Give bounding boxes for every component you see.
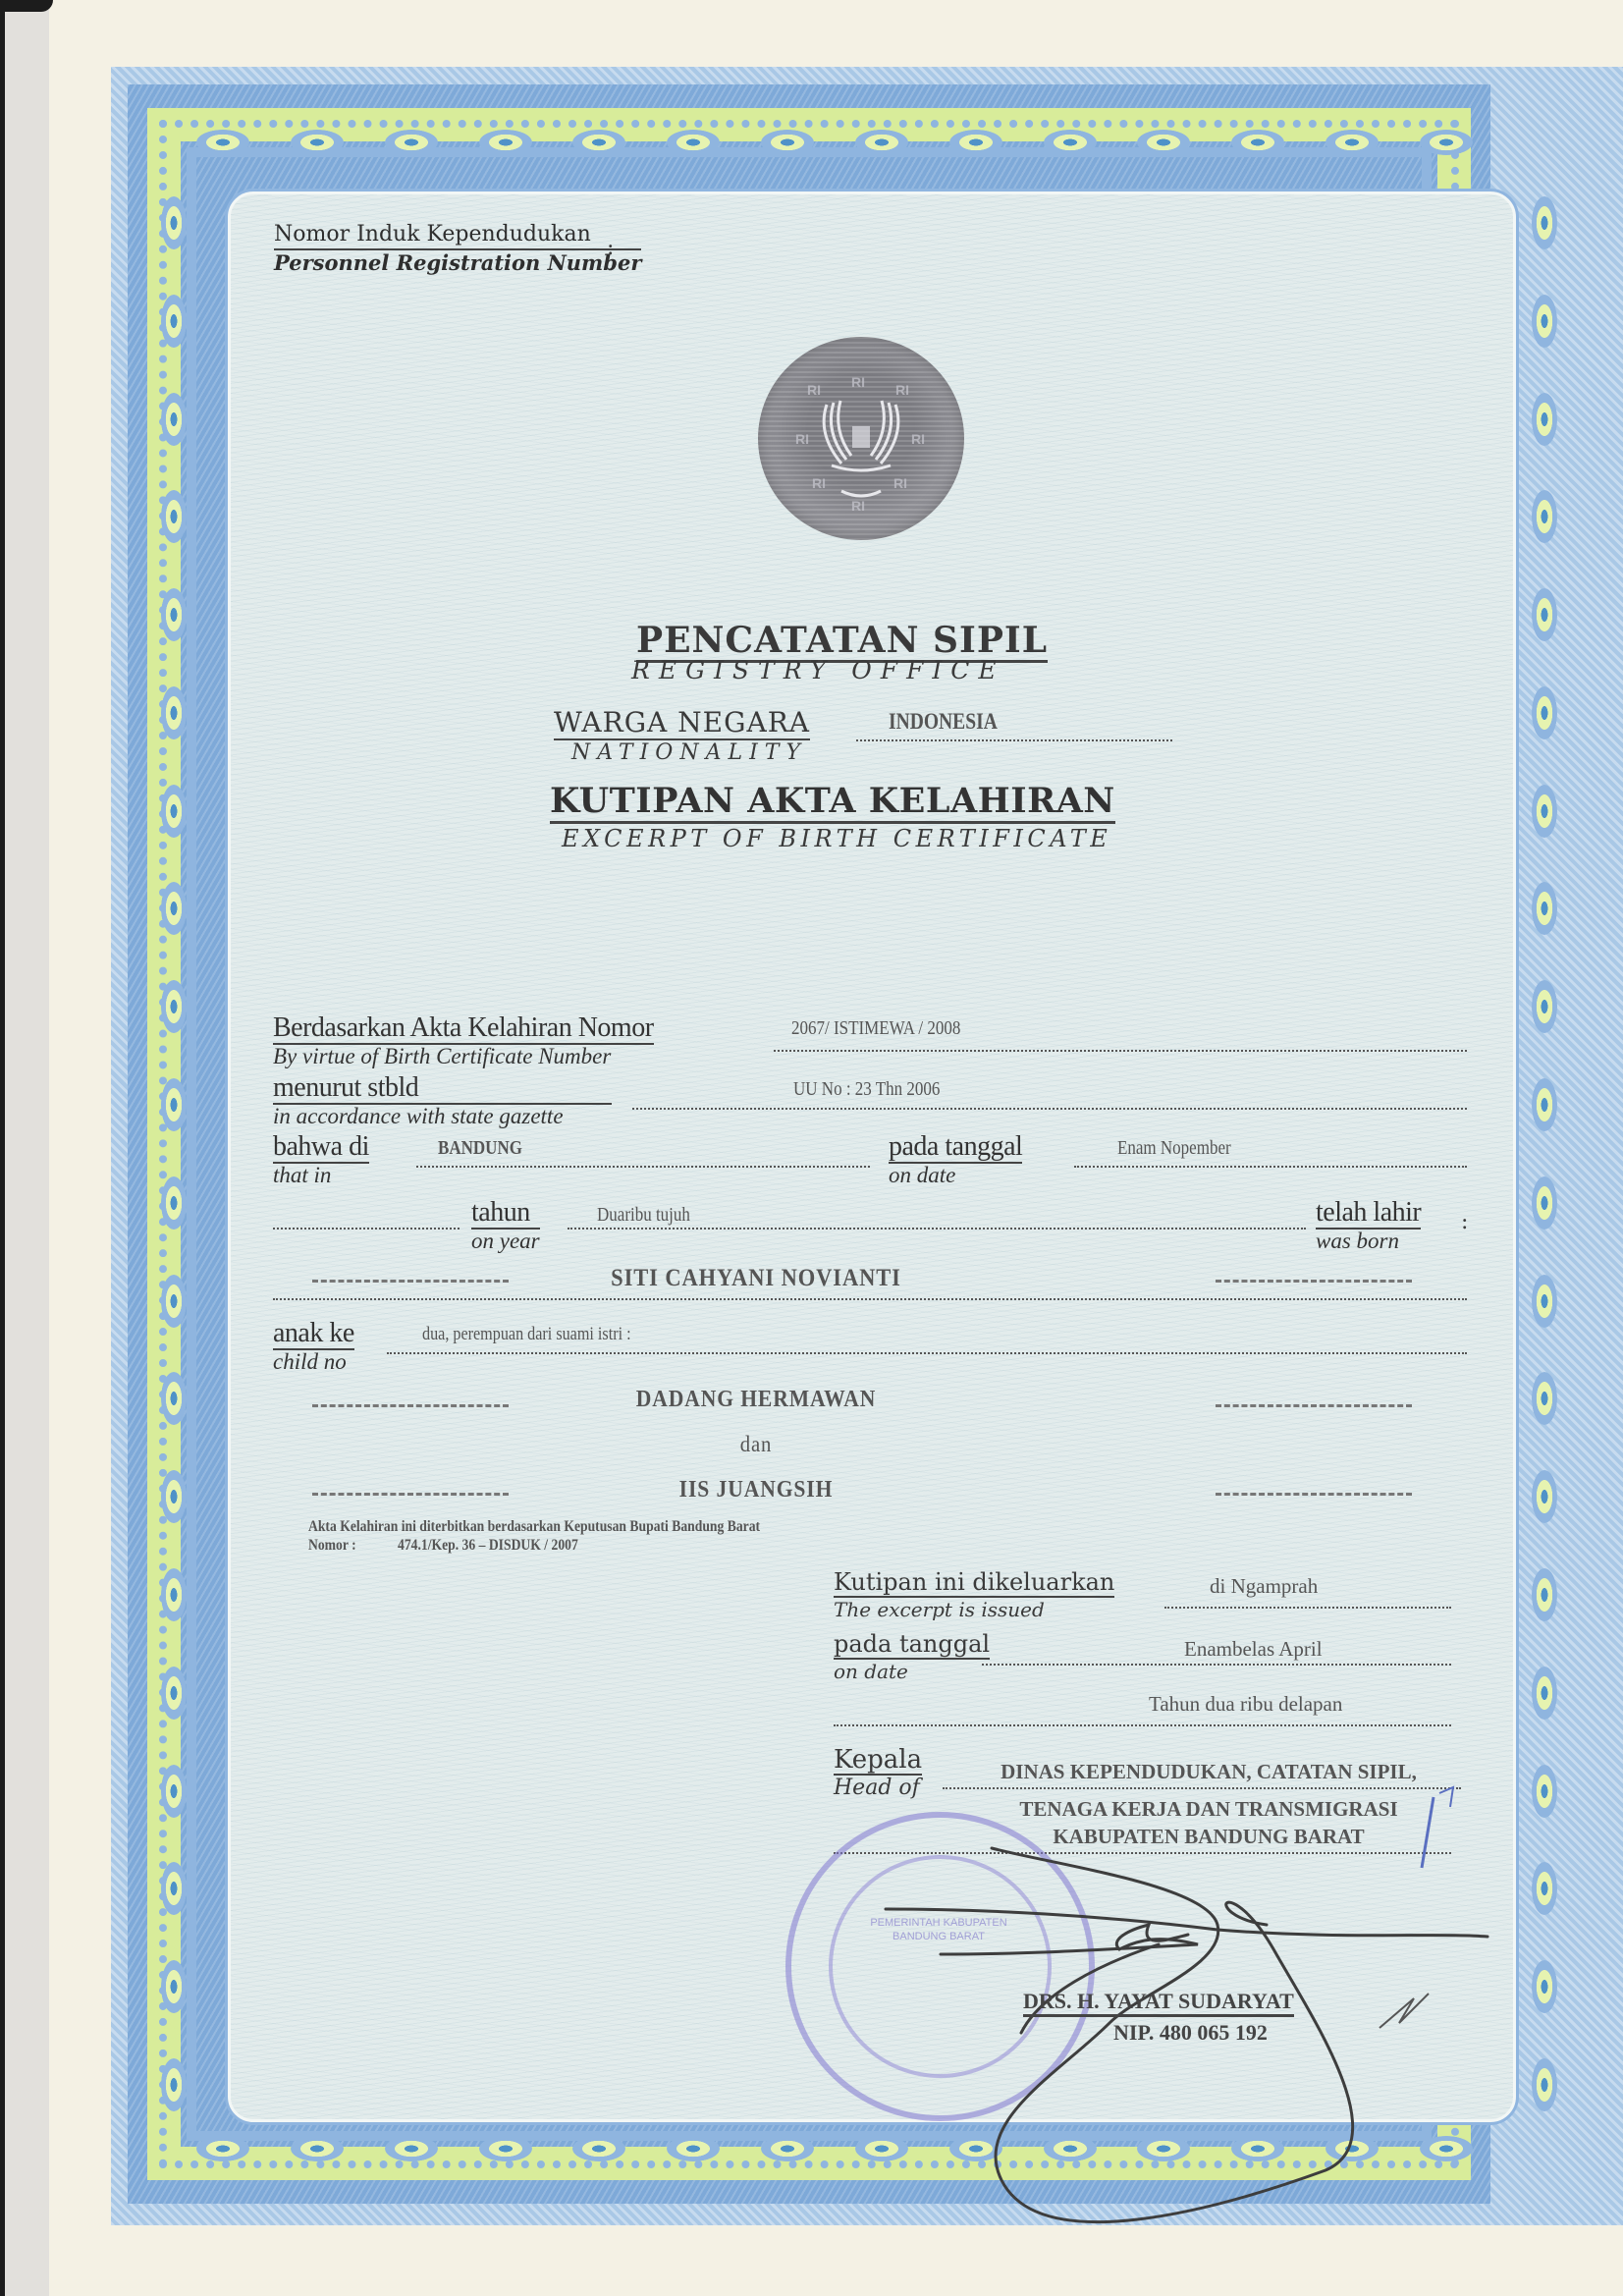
born-field: telah lahir was born xyxy=(1316,1198,1421,1253)
scanner-edge xyxy=(0,0,53,2296)
nik-colon: : xyxy=(607,236,614,260)
child-no-label: anak ke xyxy=(273,1319,354,1350)
nationality-value: INDONESIA xyxy=(889,709,998,735)
svg-text:RI: RI xyxy=(795,431,809,447)
cert-number-dotted-line xyxy=(774,1050,1467,1052)
father-name: DADANG HERMAWAN xyxy=(623,1387,889,1413)
nationality-dotted-line xyxy=(856,739,1172,741)
birth-date-label: pada tanggal xyxy=(889,1132,1022,1164)
issue-date-value: Enambelas April xyxy=(1184,1637,1323,1662)
nik-field: Nomor Induk Kependudukan Personnel Regis… xyxy=(274,221,641,275)
birth-date-field: pada tanggal on date xyxy=(889,1132,1022,1187)
birth-year-label: tahun xyxy=(471,1198,540,1230)
cert-number-label-en: By virtue of Birth Certificate Number xyxy=(273,1045,654,1068)
head-dotted-line1 xyxy=(943,1787,1461,1789)
issue-date-field: pada tanggal on date xyxy=(834,1630,990,1683)
issue-year-dotted-line xyxy=(834,1724,1451,1726)
svg-text:RI: RI xyxy=(911,431,925,447)
issue-place-field: Kutipan ini dikeluarkan The excerpt is i… xyxy=(834,1568,1114,1621)
birth-date-dotted-line xyxy=(1074,1166,1467,1168)
year-leading-dotted-line xyxy=(273,1228,460,1230)
father-dash-right xyxy=(1216,1404,1412,1407)
conjunction: dan xyxy=(712,1432,800,1457)
birthplace-field: bahwa di that in xyxy=(273,1132,369,1187)
issue-date-label: pada tanggal xyxy=(834,1630,990,1660)
decree-note-label: Nomor : xyxy=(308,1537,356,1555)
stamp-text: PEMERINTAH KABUPATEN BANDUNG BARAT xyxy=(860,1916,1017,1943)
border-ornaments-right xyxy=(1532,196,1557,2111)
issue-date-dotted-line xyxy=(982,1664,1451,1666)
child-no-field: anak ke child no xyxy=(273,1319,354,1374)
child-name-dash-right xyxy=(1216,1280,1412,1283)
father-dash-left xyxy=(312,1404,509,1407)
decree-note-number: 474.1/Kep. 36 – DISDUK / 2007 xyxy=(398,1537,578,1555)
born-colon: : xyxy=(1461,1210,1468,1234)
gazette-field: menurut stbld in accordance with state g… xyxy=(273,1073,612,1128)
svg-text:RI: RI xyxy=(851,498,865,513)
border-ornaments-left xyxy=(161,196,187,2111)
signatory-name: DRS. H. YAYAT SUDARYAT xyxy=(1023,1989,1294,2017)
mother-name: IIS JUANGSIH xyxy=(623,1477,889,1503)
nik-label: Nomor Induk Kependudukan xyxy=(274,221,641,250)
official-stamp: PEMERINTAH KABUPATEN BANDUNG BARAT xyxy=(785,1812,1095,2121)
head-label: Kepala xyxy=(834,1746,922,1776)
issue-date-label-en: on date xyxy=(834,1660,990,1683)
decree-note-line1: Akta Kelahiran ini diterbitkan berdasark… xyxy=(308,1518,760,1536)
child-name-dash-left xyxy=(312,1280,509,1283)
cert-number-value: 2067/ ISTIMEWA / 2008 xyxy=(791,1017,960,1040)
signatory-nip: NIP. 480 065 192 xyxy=(1113,2020,1268,2046)
svg-text:RI: RI xyxy=(807,382,821,398)
svg-text:RI: RI xyxy=(895,382,909,398)
garuda-hologram-emblem-icon: RIRIRI RIRI RIRIRI xyxy=(758,337,964,540)
birthplace-value: BANDUNG xyxy=(438,1137,522,1160)
gazette-dotted-line xyxy=(632,1108,1467,1110)
nationality-label-en: NATIONALITY xyxy=(571,740,807,765)
birth-year-field: tahun on year xyxy=(471,1198,540,1253)
gazette-value: UU No : 23 Thn 2006 xyxy=(793,1078,940,1101)
head-label-en: Head of xyxy=(834,1776,922,1800)
nationality-label: WARGA NEGARA xyxy=(554,707,810,740)
issue-place-value: di Ngamprah xyxy=(1210,1574,1318,1599)
issue-place-label: Kutipan ini dikeluarkan xyxy=(834,1568,1114,1598)
mother-dash-left xyxy=(312,1493,509,1496)
issue-year-value: Tahun dua ribu delapan xyxy=(1149,1692,1342,1717)
svg-text:RI: RI xyxy=(812,475,826,491)
head-office-line1: DINAS KEPENDUDUKAN, CATATAN SIPIL, xyxy=(957,1760,1460,1784)
birth-year-label-en: on year xyxy=(471,1230,540,1253)
document-title: KUTIPAN AKTA KELAHIRAN xyxy=(550,782,1115,824)
birth-date-label-en: on date xyxy=(889,1164,1022,1187)
born-label: telah lahir xyxy=(1316,1198,1421,1230)
birth-year-dotted-line xyxy=(568,1228,1306,1230)
child-no-dotted-line xyxy=(387,1352,1467,1354)
head-office-line2: TENAGA KERJA DAN TRANSMIGRASI xyxy=(957,1797,1460,1822)
issue-place-dotted-line xyxy=(1164,1607,1451,1609)
birth-year-value: Duaribu tujuh xyxy=(597,1204,690,1227)
document-title-en: EXCERPT OF BIRTH CERTIFICATE xyxy=(562,825,1111,852)
head-field: Kepala Head of xyxy=(834,1746,922,1800)
cert-number-field: Berdasarkan Akta Kelahiran Nomor By virt… xyxy=(273,1013,654,1068)
office-title-en: REGISTRY OFFICE xyxy=(631,656,1005,684)
gazette-label: menurut stbld xyxy=(273,1073,612,1105)
border-ornaments-top xyxy=(196,130,1473,155)
mother-dash-right xyxy=(1216,1493,1412,1496)
birthplace-dotted-line xyxy=(416,1166,870,1168)
svg-text:RI: RI xyxy=(851,374,865,390)
child-name: SITI CAHYANI NOVIANTI xyxy=(579,1265,933,1292)
child-no-label-en: child no xyxy=(273,1350,354,1374)
border-ornaments-bottom xyxy=(196,2136,1473,2161)
child-no-value: dua, perempuan dari suami istri : xyxy=(422,1324,631,1345)
child-name-dotted-line xyxy=(273,1298,1467,1300)
birthplace-label: bahwa di xyxy=(273,1132,369,1164)
svg-text:RI: RI xyxy=(893,475,907,491)
gazette-label-en: in accordance with state gazette xyxy=(273,1105,612,1128)
nik-label-en: Personnel Registration Number xyxy=(274,250,641,275)
birthplace-label-en: that in xyxy=(273,1164,369,1187)
born-label-en: was born xyxy=(1316,1230,1421,1253)
cert-number-label: Berdasarkan Akta Kelahiran Nomor xyxy=(273,1013,654,1045)
issue-place-label-en: The excerpt is issued xyxy=(834,1598,1114,1621)
birth-date-value: Enam Nopember xyxy=(1117,1137,1231,1160)
